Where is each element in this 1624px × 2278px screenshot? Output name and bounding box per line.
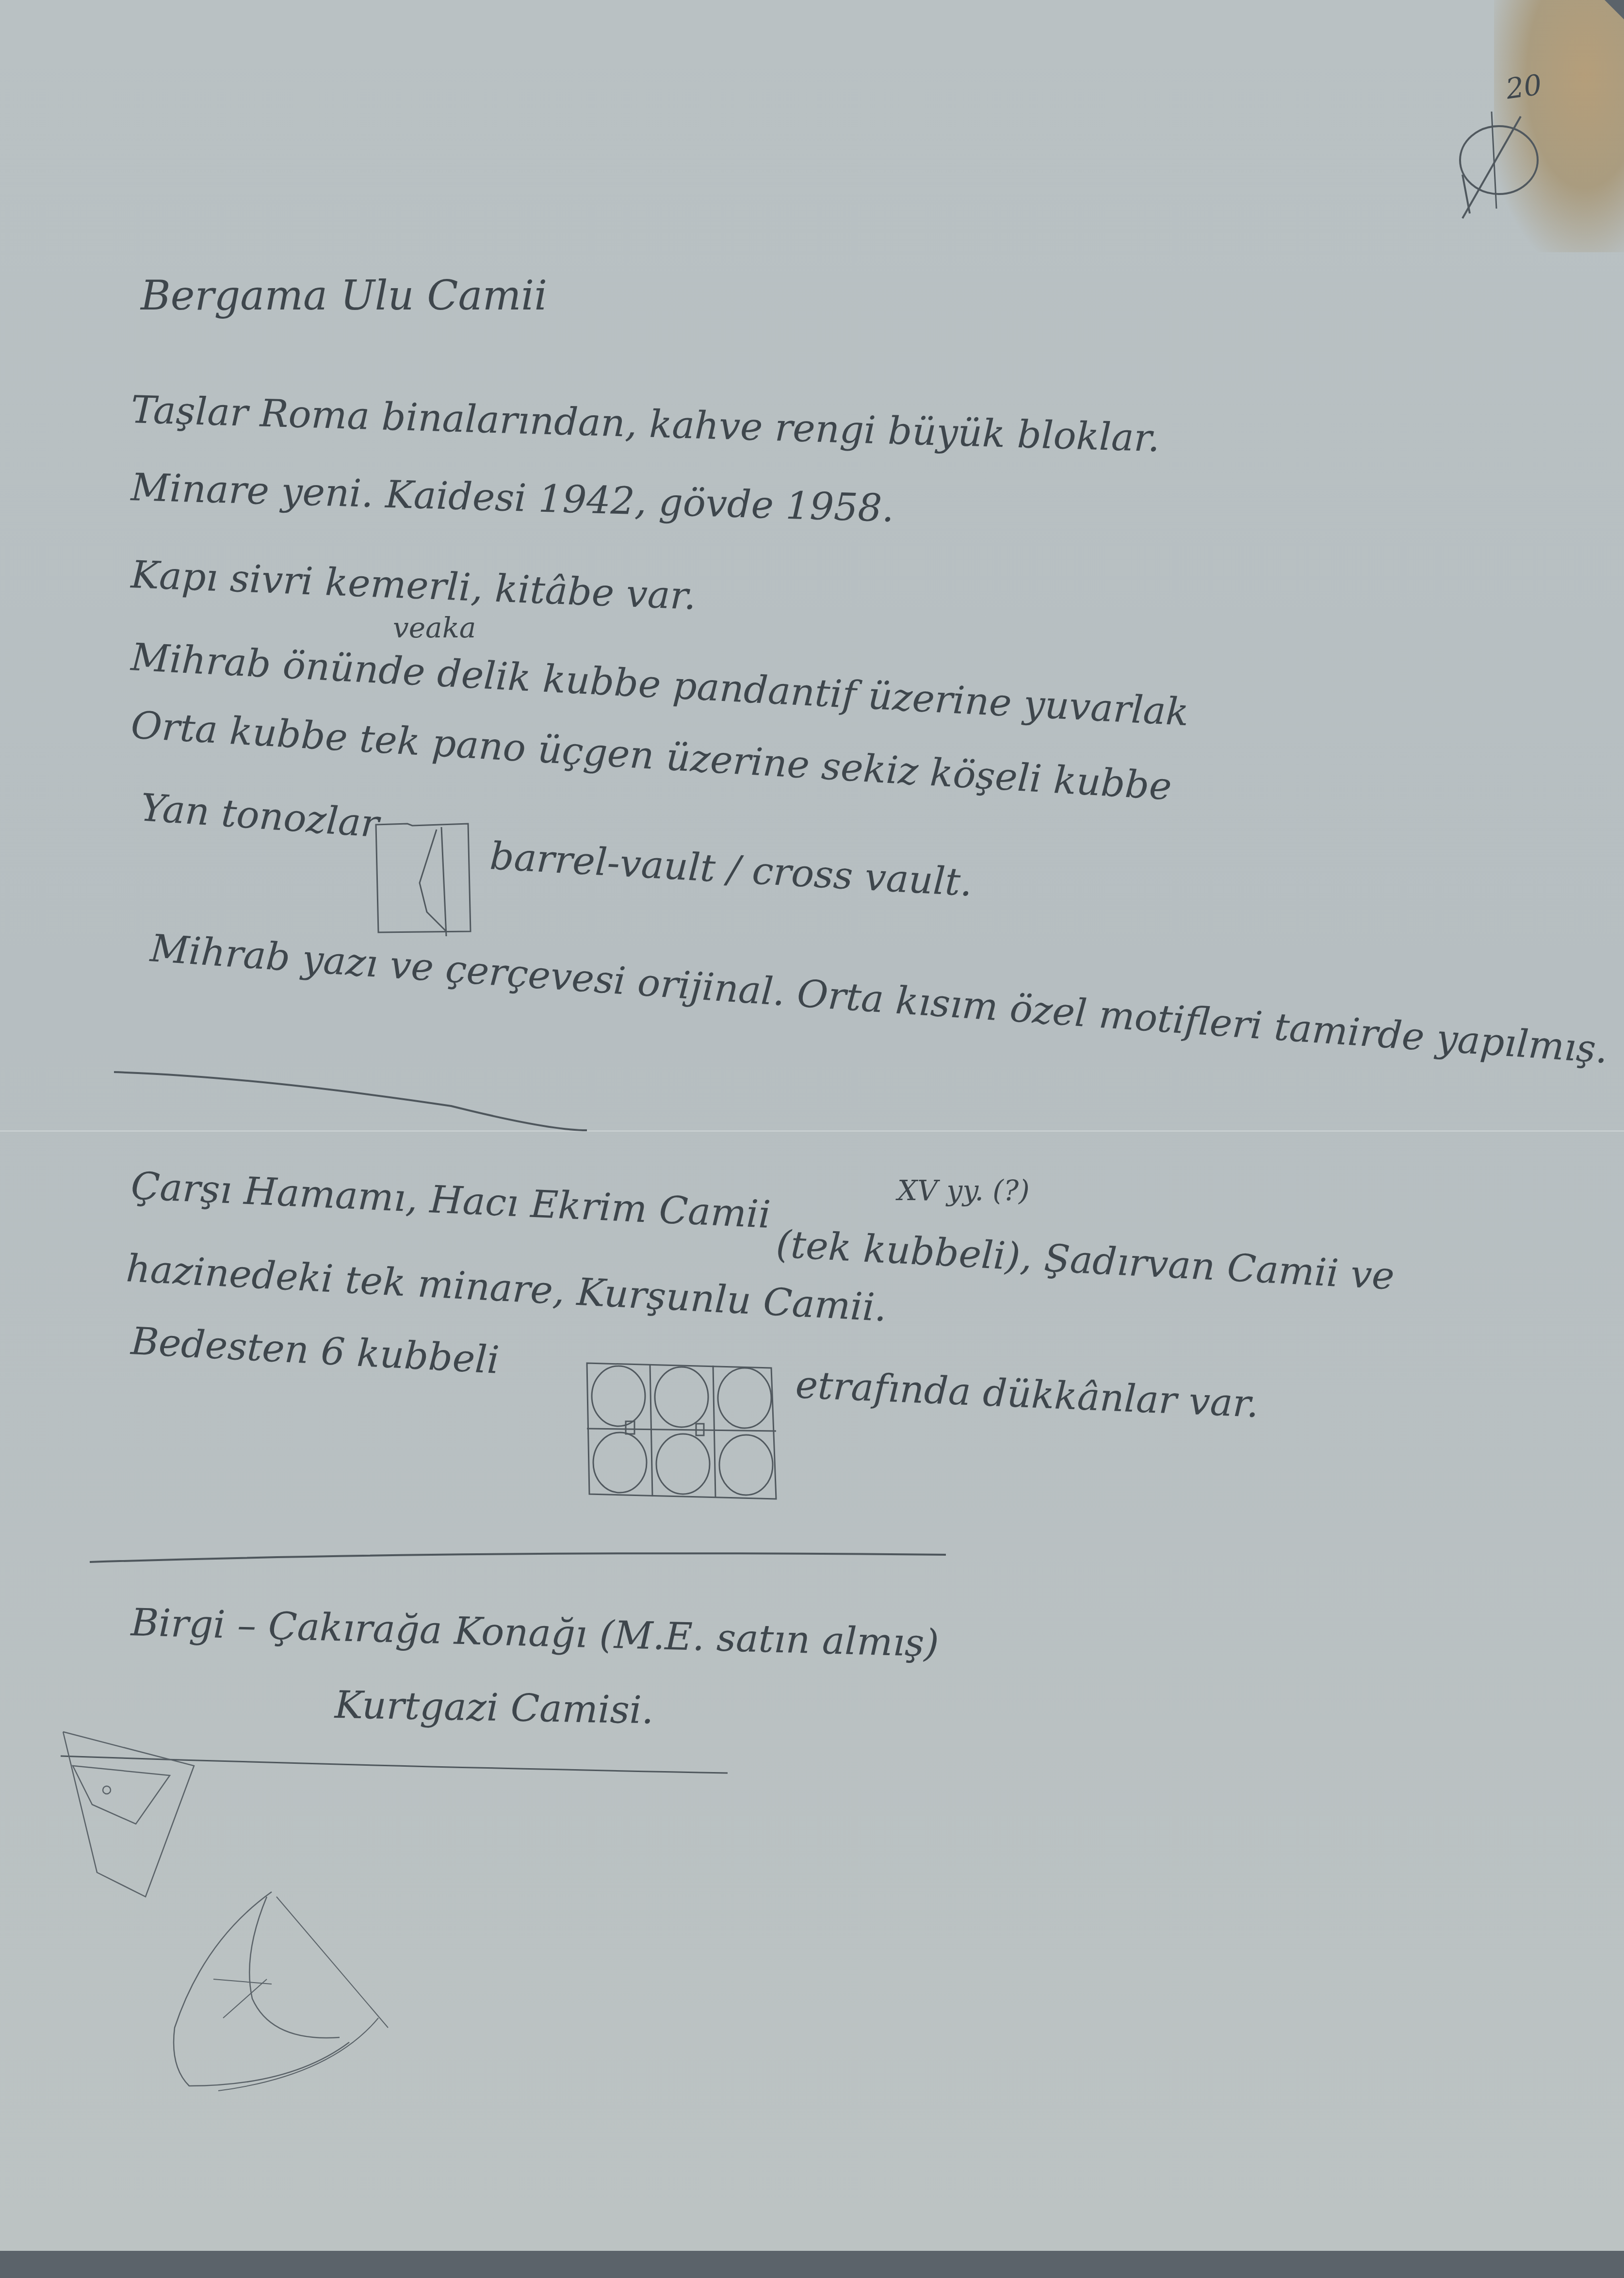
compass-circle-sketch	[1453, 112, 1550, 228]
note-line: barrel-vault / cross vault.	[488, 834, 974, 905]
note-line: Bedesten 6 kubbeli	[130, 1319, 501, 1383]
note-line: Yan tonozlar	[139, 786, 380, 846]
note-line: hazinedeki tek minare, Kurşunlu Camii.	[125, 1247, 888, 1330]
section-heading: Çarşı Hamamı, Hacı Ekrim Camii	[130, 1164, 772, 1237]
section-heading: Bergama Ulu Camii	[141, 272, 547, 319]
note-line: Kapı sivri kemerli, kitâbe var.	[130, 553, 697, 618]
section-divider	[87, 1547, 951, 1567]
section-divider	[112, 1067, 597, 1135]
paper-sheet: 20 Bergama Ulu Camii Taşlar Roma binalar…	[0, 0, 1624, 2251]
bedesten-six-dome-plan	[577, 1358, 781, 1504]
dome-perspective-sketch	[146, 1882, 437, 2134]
note-line: Mihrab yazı ve çerçevesi orijinal. Orta …	[149, 927, 1609, 1072]
torn-corner	[1605, 0, 1624, 19]
vault-plan-sketch	[374, 820, 475, 936]
note-line: Minare yeni. Kaidesi 1942, gövde 1958.	[130, 466, 895, 531]
section-heading: Birgi – Çakırağa Konağı (M.E. satın almı…	[130, 1601, 940, 1666]
insertion-note: veaka	[393, 611, 476, 644]
date-annotation: XV yy. (?)	[897, 1174, 1030, 1207]
note-line: etrafında dükkânlar var.	[795, 1363, 1260, 1426]
note-line: Taşlar Roma binalarından, kahve rengi bü…	[130, 388, 1160, 460]
page-number: 20	[1504, 68, 1544, 106]
note-line: Kurtgazi Camisi.	[334, 1683, 654, 1732]
